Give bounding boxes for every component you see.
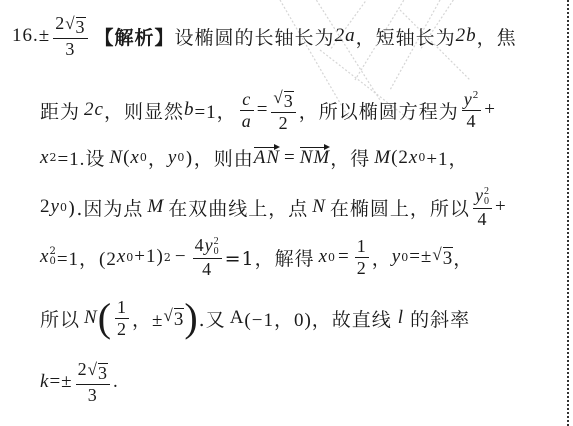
4y0sq-over-4-fraction: 4y20 4 (193, 236, 222, 279)
math-var: 2c (84, 99, 104, 121)
superscript: 2 (473, 89, 480, 101)
frac-var: y (464, 89, 473, 109)
equals: = (338, 246, 350, 268)
slope-fraction: 2√3 3 (76, 360, 110, 405)
text: 所以 (40, 305, 80, 332)
solution-line-2: 距为 2c ，则显然 b =1， c a = √3 2 ，所以椭圆方程为 y2 … (40, 88, 496, 133)
math-var: x (117, 246, 126, 268)
text: (−1，0)，故直线 (244, 305, 391, 332)
frac-den: a (240, 112, 254, 131)
math-var: x (130, 147, 139, 169)
text: 距为 (40, 97, 80, 124)
text: 的斜率 (410, 305, 470, 332)
radicand: 3 (443, 247, 454, 270)
equals: = (257, 99, 269, 121)
frac-den: 4 (465, 112, 479, 131)
text: 在椭圆上，所以 (330, 194, 470, 221)
math-var: y (392, 246, 401, 268)
answer-coef: 2 (55, 13, 65, 33)
math-var: M (374, 147, 391, 169)
math-var: 2a (335, 25, 356, 47)
text: ， (148, 144, 168, 171)
subscript: 0 (214, 247, 220, 257)
subscript: 0 (484, 197, 490, 207)
text: ， (372, 244, 392, 271)
frac-var: y (205, 235, 214, 255)
text: )，则由 (185, 144, 253, 171)
math-var: M (147, 196, 164, 218)
text: 在双曲线上，点 (168, 194, 308, 221)
text: . (113, 371, 119, 393)
math-var: A (230, 307, 245, 329)
text: ，所以椭圆方程为 (299, 97, 459, 124)
text: ，± (132, 305, 163, 332)
frac-den: 2 (115, 320, 129, 339)
frac-num: 1 (355, 237, 369, 256)
solution-line-1: 16. ± 2√3 3 【解析】 设椭圆的长轴长为 2a ，短轴长为 2b ，焦 (12, 14, 517, 59)
sup-sub-stack: 20 (49, 247, 56, 267)
text: ，焦 (477, 23, 517, 50)
frac-den: 2 (277, 114, 291, 133)
subscript: 0 (60, 201, 68, 214)
math-var: N (109, 147, 123, 169)
superscript: 2 (164, 251, 172, 264)
frac-den: 3 (86, 386, 100, 405)
radicand: 3 (98, 363, 108, 383)
radicand: 3 (174, 308, 185, 331)
math-var: b (184, 99, 195, 121)
text: 设椭圆的长轴长为 (175, 23, 335, 50)
frac-coef: 4 (195, 235, 205, 255)
subscript: 0 (49, 257, 56, 267)
math-var: x (409, 147, 418, 169)
text: =1.设 (57, 144, 105, 171)
right-dotted-border (567, 0, 569, 426)
frac-var: y (475, 185, 484, 205)
sqrt3: √3 (163, 306, 184, 331)
one-half-fraction: 1 2 (355, 237, 369, 278)
text: ，则显然 (104, 97, 184, 124)
subscript: 0 (140, 151, 148, 164)
solution-line-5: x20 =1，(2 x0 +1)2 − 4y20 4 =1，解得 x0 = 1 … (40, 236, 473, 279)
frac-den: 4 (200, 260, 214, 279)
solution-line-7: k =± 2√3 3 . (40, 360, 119, 405)
math-var: N (84, 307, 98, 329)
left-paren: ( (98, 298, 112, 338)
solution-line-4: 2 y0 ).因为点 M 在双曲线上，点 N 在椭圆上，所以 y20 4 + (40, 186, 507, 229)
subscript: 0 (328, 251, 336, 264)
math-var: k (40, 371, 49, 393)
solution-line-3: x2 =1.设 N ( x0 ， y0 )，则由 AN = NM ，得 M (2… (40, 144, 469, 171)
answer-sign: ± (39, 25, 50, 47)
text: ).因为点 (68, 194, 143, 221)
math-var: x (40, 246, 49, 268)
frac-num: c (240, 90, 253, 109)
frac-den: 4 (475, 210, 489, 229)
minus: − (175, 246, 187, 268)
math-var: N (312, 196, 326, 218)
text: +1) (134, 246, 164, 268)
math-var: 2b (456, 25, 477, 47)
one-half-fraction: 1 2 (115, 298, 129, 339)
subscript: 0 (126, 251, 134, 264)
y2-over-4-fraction: y2 4 (462, 90, 482, 131)
frac-den: 2 (355, 259, 369, 278)
text: ，短轴长为 (356, 23, 456, 50)
answer-radicand: 3 (76, 17, 86, 37)
answer-denominator: 3 (63, 40, 77, 59)
problem-number: 16. (12, 25, 39, 47)
equals: = (284, 147, 296, 169)
plus: + (484, 99, 496, 121)
subscript: 0 (418, 151, 426, 164)
text: 2 (40, 196, 51, 218)
sqrt3-over-2-fraction: √3 2 (271, 88, 295, 133)
math-var: x (319, 246, 328, 268)
superscript: 2 (49, 151, 57, 164)
y0-squared-over-4-fraction: y20 4 (473, 186, 492, 229)
vector-NM: NM (300, 147, 331, 169)
text: ， (453, 244, 473, 271)
sqrt3: √3 (432, 245, 453, 270)
text: (2 (391, 147, 409, 169)
text: =± (49, 371, 72, 393)
math-var: y (168, 147, 177, 169)
vector-AN: AN (254, 147, 280, 169)
plus: + (495, 196, 507, 218)
answer-fraction: 2√3 3 (53, 14, 87, 59)
text: .又 (199, 305, 226, 332)
right-paren: ) (184, 298, 198, 338)
text: =1，解得 (225, 244, 315, 271)
eccentricity-fraction: c a (240, 90, 254, 131)
subscript: 0 (177, 151, 185, 164)
text: +1， (426, 144, 468, 171)
text: =± (409, 246, 432, 268)
text: =1，(2 (57, 244, 117, 271)
frac-num: 1 (115, 298, 129, 317)
solution-line-6: 所以 N ( 1 2 ，± √3 ) .又 A (−1，0)，故直线 l 的斜率 (40, 298, 470, 339)
text: ，得 (330, 144, 370, 171)
analysis-label: 【解析】 (95, 23, 175, 50)
math-var: y (51, 196, 60, 218)
frac-coef: 2 (78, 359, 88, 379)
math-var: x (40, 147, 49, 169)
radicand: 3 (284, 91, 294, 111)
math-var: l (398, 307, 404, 329)
text: =1， (194, 97, 236, 124)
subscript: 0 (401, 251, 409, 264)
